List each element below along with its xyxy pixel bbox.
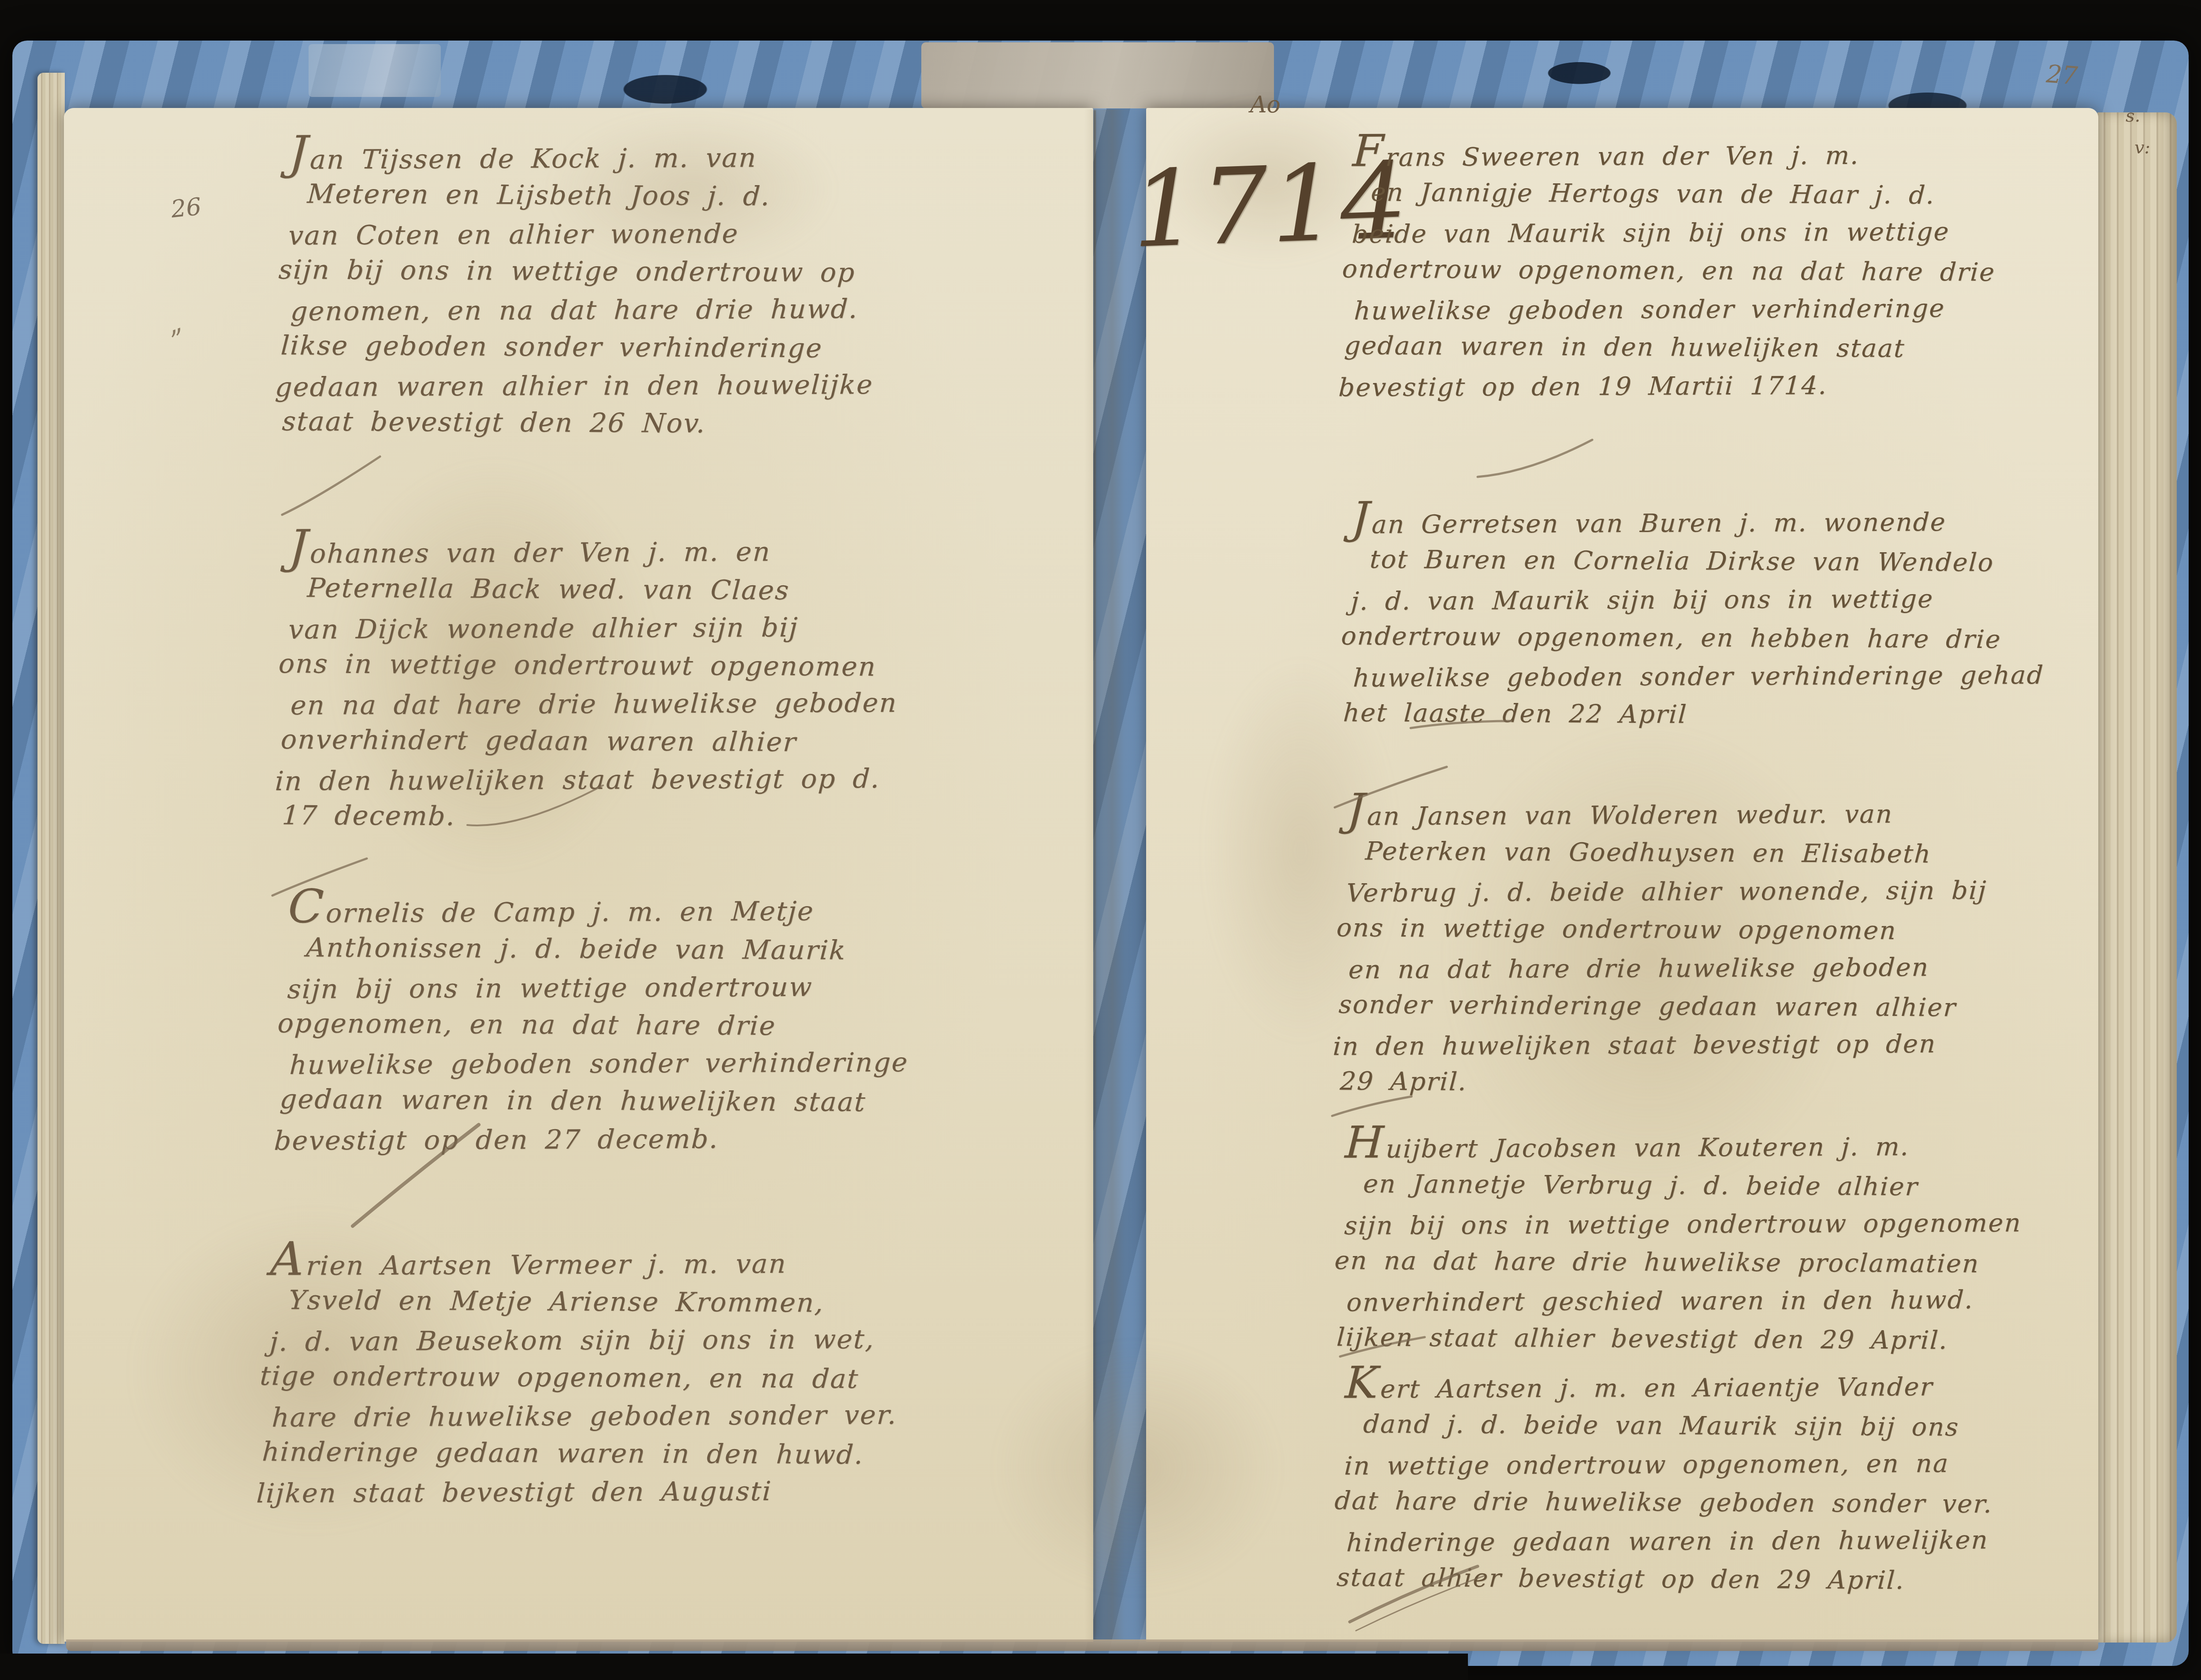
entry-line: Peterken van Goedhuysen en Elisabeth <box>1364 832 2127 874</box>
entry-line: onverhindert gedaan waren alhier <box>280 721 1091 763</box>
entry-line: Kert Aartsen j. m. en Ariaentje Vander <box>1344 1360 2127 1409</box>
entry-line: in den huwelijken staat bevestigt op d. <box>274 759 1089 800</box>
entry-line: Jan Jansen van Wolderen wedur. van <box>1346 787 2128 836</box>
page-edge-stack-left <box>37 73 65 1644</box>
entry-line: likse geboden sonder verhinderinge <box>280 327 1091 369</box>
entry-line: lijken staat bevestigt den Augusti <box>256 1471 1071 1513</box>
entry-line: en Jannetje Verbrug j. d. beide alhier <box>1362 1165 2124 1207</box>
entry-line: tige ondertrouw opgenomen, en na dat <box>259 1357 1076 1399</box>
entry-line: lijken staat alhier bevestigt den 29 Apr… <box>1336 1318 2116 1360</box>
entry-line: gedaan waren alhier in den houwelijke <box>274 365 1089 406</box>
entry-line: van Coten en alhier wonende <box>287 213 1097 255</box>
entry-line: 17 decemb. <box>281 796 1087 839</box>
entry-line: en na dat hare drie huwelikse proclamati… <box>1333 1241 2120 1284</box>
register-entry: Cornelis de Camp j. m. en Metje Anthonis… <box>275 886 1100 1158</box>
register-entry: Arien Aartsen Vermeer j. m. van Ysveld e… <box>257 1238 1083 1511</box>
entry-line: sijn bij ons in wettige ondertrouw <box>287 967 1096 1008</box>
entry-line: huwelikse geboden sonder verhinderinge <box>289 1043 1092 1084</box>
entry-line: hinderinge gedaan waren in den huwelijke… <box>1345 1520 2118 1562</box>
entry-line: sijn bij ons in wettige ondertrouw opgen… <box>1344 1204 2123 1245</box>
entry-line: dand j. d. beide van Maurik sijn bij ons <box>1362 1405 2124 1447</box>
entry-line: tot Buren en Cornelia Dirkse van Wendelo <box>1369 540 2131 583</box>
cover-worn-patch <box>921 42 1274 108</box>
register-entry: Jan Jansen van Wolderen wedur. van Peter… <box>1332 789 2128 1103</box>
entry-line: Verbrug j. d. beide alhier wonende, sijn… <box>1345 871 2124 913</box>
entry-line: het laaste den 22 April <box>1342 694 2123 736</box>
page-bottom-edge <box>66 1639 2098 1651</box>
entry-line: Jan Tijssen de Kock j. m. van <box>288 130 1101 179</box>
cover-worn-patch <box>309 44 441 97</box>
manuscript-photo: 26 27 „ Ao 1714 s. v: Jan Tijssen de Koc… <box>0 0 2201 1680</box>
entry-line: gedaan waren in den huwelijken staat <box>279 1080 1090 1122</box>
background-shadow <box>0 1654 1468 1680</box>
entry-line: ons in wettige ondertrouw opgenomen <box>1336 909 2123 951</box>
entry-line: van Dijck wonende alhier sijn bij <box>287 607 1097 649</box>
entry-line: gedaan waren in den huwelijken staat <box>1343 327 2124 369</box>
register-entry: Kert Aartsen j. m. en Ariaentje Vander d… <box>1334 1362 2127 1599</box>
entry-line: Ysveld en Metje Ariense Krommen, <box>287 1281 1080 1323</box>
entry-line: Anthonissen j. d. beide van Maurik <box>305 929 1098 970</box>
entry-line: hare drie huwelikse geboden sonder ver. <box>271 1395 1075 1437</box>
entry-line: dat hare drie huwelikse geboden sonder v… <box>1333 1482 2120 1524</box>
entry-line: huwelikse geboden sonder verhinderinge g… <box>1352 656 2125 698</box>
entry-line: Jan Gerretsen van Buren j. m. wonende <box>1351 495 2133 544</box>
fore-edge-mark: v: <box>2134 138 2150 158</box>
entry-line: ondertrouw opgenomen, en hebben hare dri… <box>1340 617 2127 659</box>
register-entry: Jan Tijssen de Kock j. m. van Meteren en… <box>274 132 1102 442</box>
entry-line: huwelikse geboden sonder verhinderinge <box>1353 289 2126 331</box>
entry-line: Peternella Back wed. van Claes <box>306 569 1099 611</box>
register-entry: Frans Sweeren van der Ven j. m. en Janni… <box>1340 130 2134 405</box>
entry-line: Meteren en Lijsbeth Joos j. d. <box>306 175 1099 217</box>
entry-line: Arien Aartsen Vermeer j. m. van <box>269 1237 1083 1285</box>
register-entry: Huijbert Jacobsen van Kouteren j. m. en … <box>1334 1122 2127 1359</box>
register-entry: Jan Gerretsen van Buren j. m. wonende to… <box>1341 497 2133 734</box>
entry-line: staat alhier bevestigt op den 29 April. <box>1336 1558 2116 1601</box>
entry-line: en na dat hare drie huwelikse geboden <box>1348 948 2120 989</box>
entry-line: sonder verhinderinge gedaan waren alhier <box>1337 985 2118 1028</box>
entry-line: ons in wettige ondertrouwt opgenomen <box>278 645 1095 687</box>
entry-line: staat bevestigt den 26 Nov. <box>281 402 1087 445</box>
entry-line: sijn bij ons in wettige ondertrouw op <box>278 251 1095 293</box>
entry-line: en Jannigje Hertogs van de Haar j. d. <box>1370 173 2132 216</box>
entry-line: Johannes van der Ven j. m. en <box>288 524 1101 573</box>
entry-line: en na dat hare drie huwelikse geboden <box>290 683 1093 725</box>
entry-line: Cornelis de Camp j. m. en Metje <box>287 884 1100 933</box>
entry-line: beide van Maurik sijn bij ons in wettige <box>1351 212 2130 254</box>
entry-line: opgenomen, en na dat hare drie <box>276 1004 1094 1047</box>
entry-line: bevestigt op den 27 decemb. <box>273 1119 1088 1160</box>
entry-line: onverhindert geschied waren in den huwd. <box>1345 1280 2118 1322</box>
entry-line: 29 April. <box>1339 1062 2114 1104</box>
page-number-right: 27 <box>2045 60 2079 91</box>
page-number-left: 26 <box>170 193 203 223</box>
entry-line: j. d. van Beusekom sijn bij ons in wet, <box>269 1319 1079 1361</box>
fore-edge-mark: s. <box>2126 106 2140 126</box>
entry-line: in den huwelijken staat bevestigt op den <box>1332 1024 2116 1066</box>
entry-line: bevestigt op den 19 Martii 1714. <box>1338 365 2122 407</box>
anno-mark: Ao <box>1250 92 1281 118</box>
entry-line: genomen, en na dat hare drie huwd. <box>290 289 1093 331</box>
entry-line: hinderinge gedaan waren in den huwd. <box>261 1433 1072 1475</box>
entry-line: ondertrouw opgenomen, en na dat hare dri… <box>1341 250 2128 292</box>
entry-line: Huijbert Jacobsen van Kouteren j. m. <box>1344 1120 2127 1169</box>
entry-line: in wettige ondertrouw opgenomen, en na <box>1344 1444 2123 1486</box>
entry-line: Frans Sweeren van der Ven j. m. <box>1352 128 2134 177</box>
entry-line: j. d. van Maurik sijn bij ons in wettige <box>1350 579 2129 621</box>
register-entry: Johannes van der Ven j. m. en Peternella… <box>274 526 1102 836</box>
